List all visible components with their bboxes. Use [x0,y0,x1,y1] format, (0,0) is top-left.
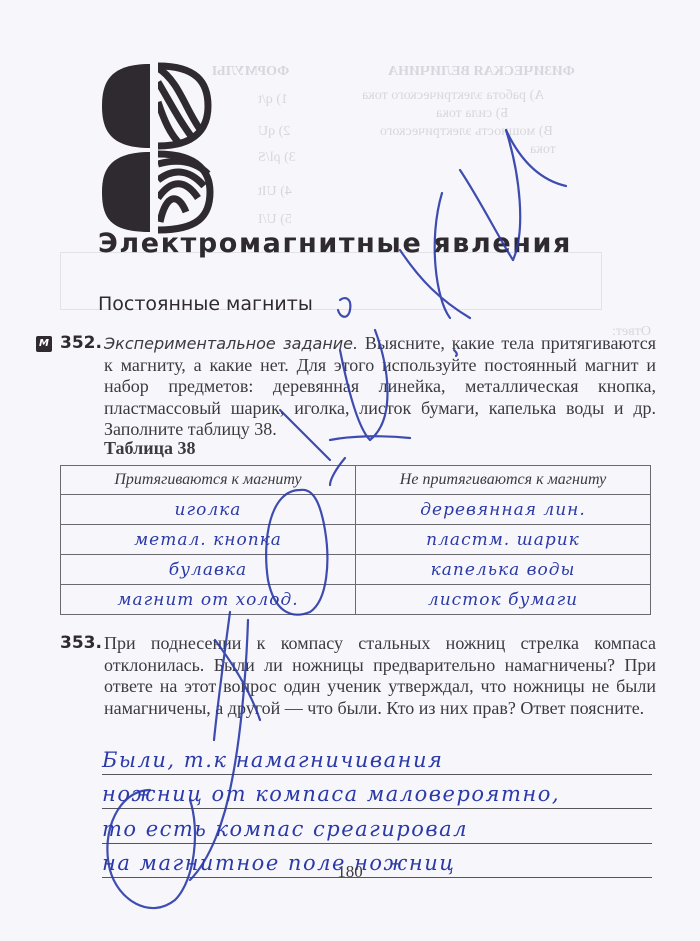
table-38: Притягиваются к магниту Не притягиваются… [60,465,651,615]
bleed-item: Б) сила тока [436,106,508,122]
table-row: иголка деревянная лин. [61,495,651,525]
table-cell[interactable]: магнит от холод. [61,585,356,615]
page-number: 180 [0,862,700,882]
bleed-formula: 5) U/I [258,212,292,228]
answer-line[interactable]: Были, т.к намагничивания [102,740,652,775]
answer-line[interactable]: то есть компас среагировал [102,809,652,844]
bleed-formula: 1) q/t [258,92,288,108]
table-header-row: Притягиваются к магниту Не притягиваются… [61,466,651,495]
task-lead: Экспериментальное задание. [104,334,358,353]
table-row: булавка капелька воды [61,555,651,585]
bleed-item: тока [530,142,556,158]
table-row: магнит от холод. листок бумаги [61,585,651,615]
table-row: метал. кнопка пластм. шарик [61,525,651,555]
task-body: При поднесении к компасу стальных ножниц… [104,633,656,719]
task-number: 353. [60,633,102,655]
answer-area: Были, т.к намагничивания ножниц от компа… [102,740,652,878]
table-cell[interactable]: метал. кнопка [61,525,356,555]
column-header-attracted: Притягиваются к магниту [61,466,356,495]
table-cell[interactable]: листок бумаги [356,585,651,615]
bleed-formula: 3) ρl/S [258,150,296,166]
table-cell[interactable]: иголка [61,495,356,525]
answer-line[interactable]: ножниц от компаса маловероятно, [102,775,652,810]
task-text: Экспериментальное задание. Выясните, как… [104,333,656,441]
table-cell[interactable]: деревянная лин. [356,495,651,525]
chapter-8-logo-icon [100,62,220,234]
bleed-header-right: ФОРМУЛЫ [212,64,289,80]
table-cell[interactable]: капелька воды [356,555,651,585]
bleed-formula: 2) qU [258,124,290,140]
task-352: М 352. Экспериментальное задание. Выясни… [36,333,656,441]
column-header-not-attracted: Не притягиваются к магниту [356,466,651,495]
method-badge-icon: М [36,336,52,352]
bleed-item: А) работа электрического тока [362,88,544,104]
bleed-header-left: ФИЗИЧЕСКАЯ ВЕЛИЧИНА [388,64,575,80]
table-caption: Таблица 38 [104,438,195,459]
section-title: Постоянные магниты [98,293,313,315]
task-number: 352. [60,333,102,355]
chapter-title: Электромагнитные явления [98,228,572,259]
bleed-item: В) мощность электрического [380,124,553,140]
bleed-formula: 4) UIt [258,184,292,200]
table-cell[interactable]: пластм. шарик [356,525,651,555]
task-353: 353. При поднесении к компасу стальных н… [36,633,656,719]
table-cell[interactable]: булавка [61,555,356,585]
